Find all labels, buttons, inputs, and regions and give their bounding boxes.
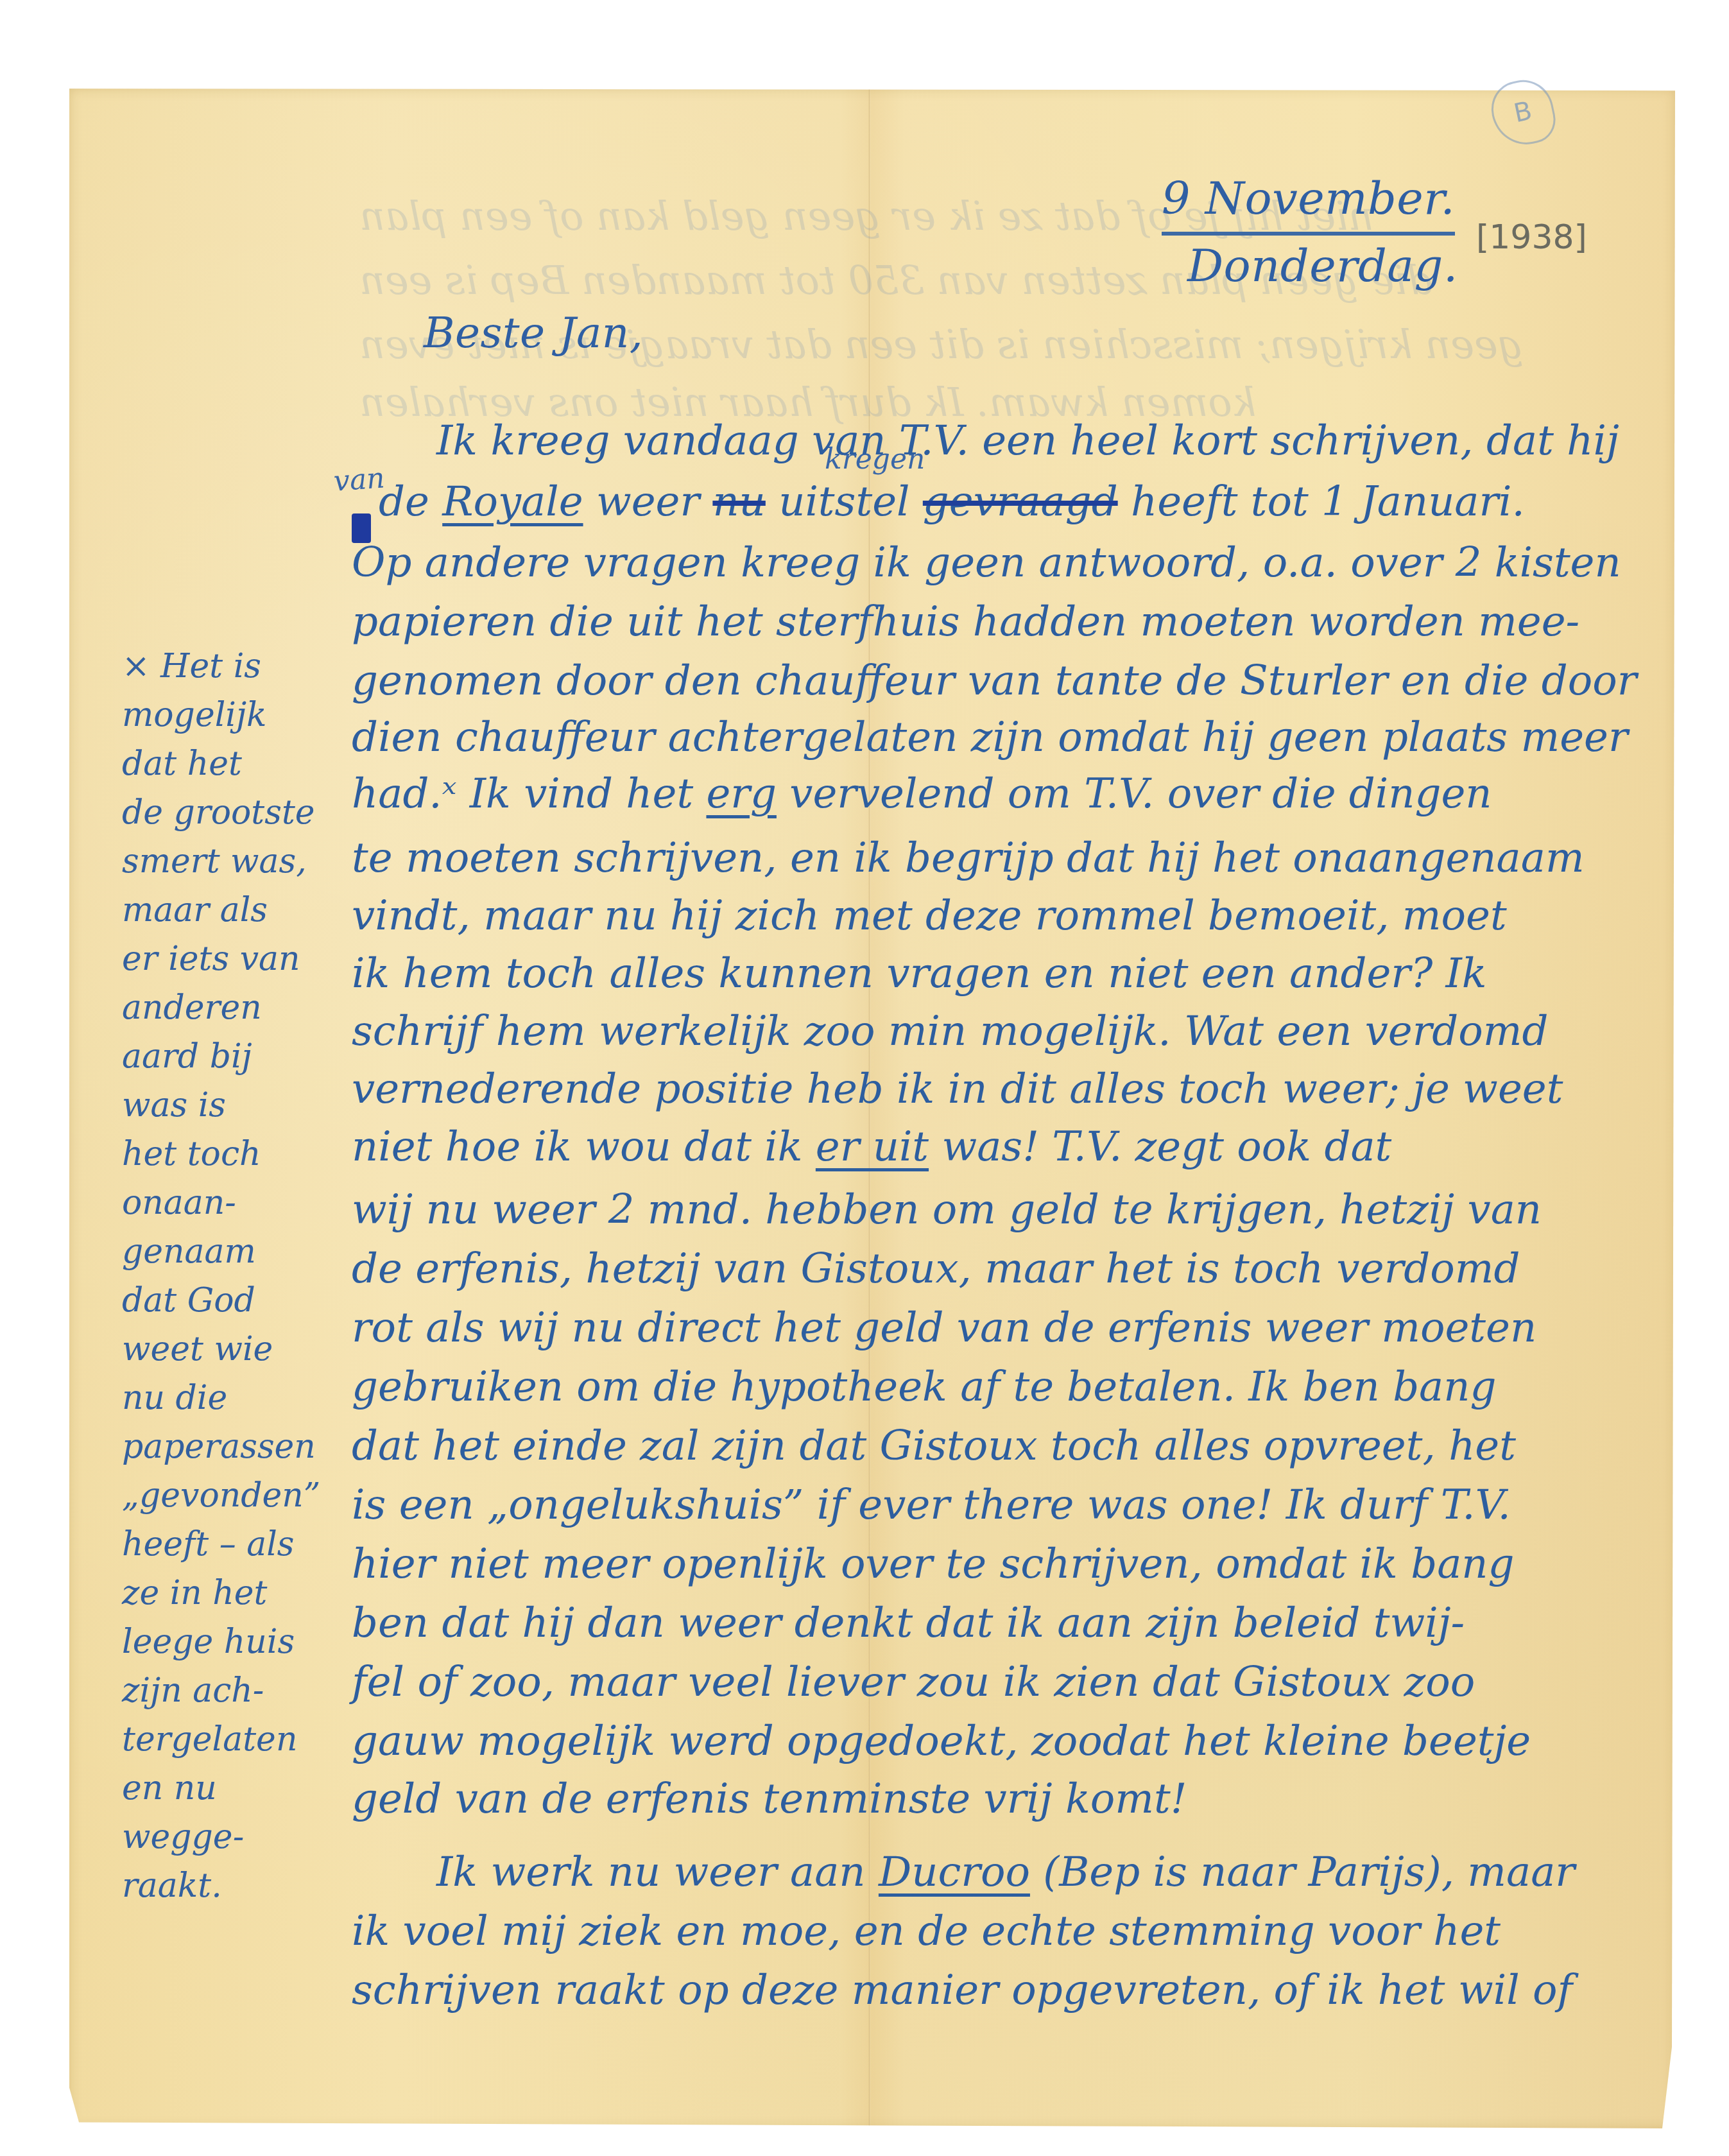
letter-line-1: Ik kreeg vandaag van T.V. een heel kort … (436, 417, 1619, 465)
footnote-line: zijn ach- (122, 1666, 327, 1715)
footnote-line: × Het is (122, 642, 327, 691)
line-text: niet hoe ik wou dat ik (352, 1123, 816, 1171)
footnote-line: onaan- (122, 1178, 327, 1227)
footnote-line: weet wie (122, 1325, 327, 1374)
footnote-line: aard bij (122, 1032, 327, 1081)
letter-line-8: te moeten schrijven, en ik begrijp dat h… (352, 834, 1585, 882)
date: 9 November. (1162, 168, 1455, 236)
letter-line-6: dien chauffeur achtergelaten zijn omdat … (352, 714, 1628, 761)
letter-line-18: dat het einde zal zijn dat Gistoux toch … (352, 1422, 1516, 1470)
letter-line-9: vindt, maar nu hij zich met deze rommel … (352, 892, 1507, 940)
letter-line-19: is een „ongelukshuis” if ever there was … (352, 1481, 1511, 1529)
line-text: (Bep is naar Parijs), maar (1030, 1849, 1575, 1896)
underlined-word-royale: Royale (442, 478, 583, 526)
margin-footnote: × Het is mogelijk dat het de grootste sm… (122, 642, 327, 1910)
letter-line-22: fel of zoo, maar veel liever zou ik zien… (352, 1659, 1475, 1706)
underlined-word-erg: erg (706, 770, 776, 818)
footnote-line: leege huis (122, 1617, 327, 1666)
line-text: heeft tot 1 Januari. (1118, 478, 1525, 526)
footnote-line: genaam (122, 1227, 327, 1276)
footnote-line: de grootste (122, 788, 327, 837)
footnote-line: anderen (122, 983, 327, 1032)
margin-insert-correction: van (332, 461, 386, 497)
letter-line-20: hier niet meer openlijk over te schrijve… (352, 1540, 1515, 1588)
letter-line-13: niet hoe ik wou dat ik er uit was! T.V. … (352, 1123, 1391, 1171)
struck-word: gevraagd (923, 478, 1118, 526)
archive-year-note: [1938] (1476, 218, 1587, 257)
footnote-line: dat God (122, 1276, 327, 1325)
footnote-line: mogelijk (122, 691, 327, 739)
footnote-line: was is (122, 1081, 327, 1130)
struck-word: nu (712, 478, 765, 526)
salutation: Beste Jan, (424, 308, 643, 358)
underlined-word-ducroo: Ducroo (879, 1849, 1030, 1896)
footnote-line: wegge- (122, 1813, 327, 1861)
footnote-line: raakt. (122, 1861, 327, 1910)
date-block: 9 November. Donderdag. (1162, 168, 1458, 296)
letter-line-26: ik voel mij ziek en moe, en de echte ste… (352, 1908, 1501, 1955)
footnote-line: ze in het (122, 1569, 327, 1617)
line-text: weer (583, 478, 713, 526)
footnote-line: het toch (122, 1130, 327, 1178)
footnote-line: er iets van (122, 935, 327, 983)
stamp-letter: B (1511, 96, 1535, 129)
line-text: de (379, 478, 442, 526)
letter-line-25: Ik werk nu weer aan Ducroo (Bep is naar … (436, 1849, 1575, 1896)
letter-line-17: gebruiken om die hypotheek af te betalen… (352, 1363, 1496, 1411)
line-text: Ik werk nu weer aan (436, 1849, 879, 1896)
letter-line-7: had.ˣ Ik vind het erg vervelend om T.V. … (352, 770, 1492, 818)
footnote-line: maar als (122, 886, 327, 935)
footnote-line: paperassen (122, 1422, 327, 1471)
footnote-line: smert was, (122, 837, 327, 886)
letter-line-5: genomen door den chauffeur van tante de … (352, 657, 1637, 705)
footnote-line: en nu (122, 1764, 327, 1813)
footnote-line: „gevonden” (122, 1471, 327, 1520)
letter-line-14: wij nu weer 2 mnd. hebben om geld te kri… (352, 1186, 1542, 1234)
footnote-line: heeft – als (122, 1520, 327, 1569)
line-text: was! T.V. zegt ook dat (929, 1123, 1391, 1171)
footnote-line: dat het (122, 739, 327, 788)
weekday: Donderdag. (1162, 236, 1458, 297)
letter-line-15: de erfenis, hetzij van Gistoux, maar het… (352, 1245, 1520, 1293)
letter-line-12: vernederende positie heb ik in dit alles… (352, 1065, 1563, 1113)
footnote-line: nu die (122, 1374, 327, 1422)
letter-line-10: ik hem toch alles kunnen vragen en niet … (352, 950, 1487, 997)
letter-line-4: papieren die uit het sterfhuis hadden mo… (352, 598, 1579, 646)
line-text: had.ˣ Ik vind het (352, 770, 706, 818)
letter-line-23: gauw mogelijk werd opgedoekt, zoodat het… (352, 1718, 1531, 1765)
line-text: uitstel (766, 478, 923, 526)
letter-line-3: Op andere vragen kreeg ik geen antwoord,… (352, 539, 1621, 587)
footnote-line: tergelaten (122, 1715, 327, 1764)
underlined-words-er-uit: er uit (816, 1123, 929, 1171)
letter-line-27: schrijven raakt op deze manier opgevrete… (352, 1967, 1572, 2014)
letter-line-16: rot als wij nu direct het geld van de er… (352, 1304, 1536, 1352)
letter-line-21: ben dat hij dan weer denkt dat ik aan zi… (352, 1600, 1465, 1647)
letter-line-2: de Royale weer nu uitstel gevraagd heeft… (379, 478, 1525, 526)
letter-line-24: geld van de erfenis tenminste vrij komt! (352, 1775, 1187, 1823)
letter-line-11: schrijf hem werkelijk zoo min mogelijk. … (352, 1008, 1548, 1055)
line-text: vervelend om T.V. over die dingen (777, 770, 1492, 818)
